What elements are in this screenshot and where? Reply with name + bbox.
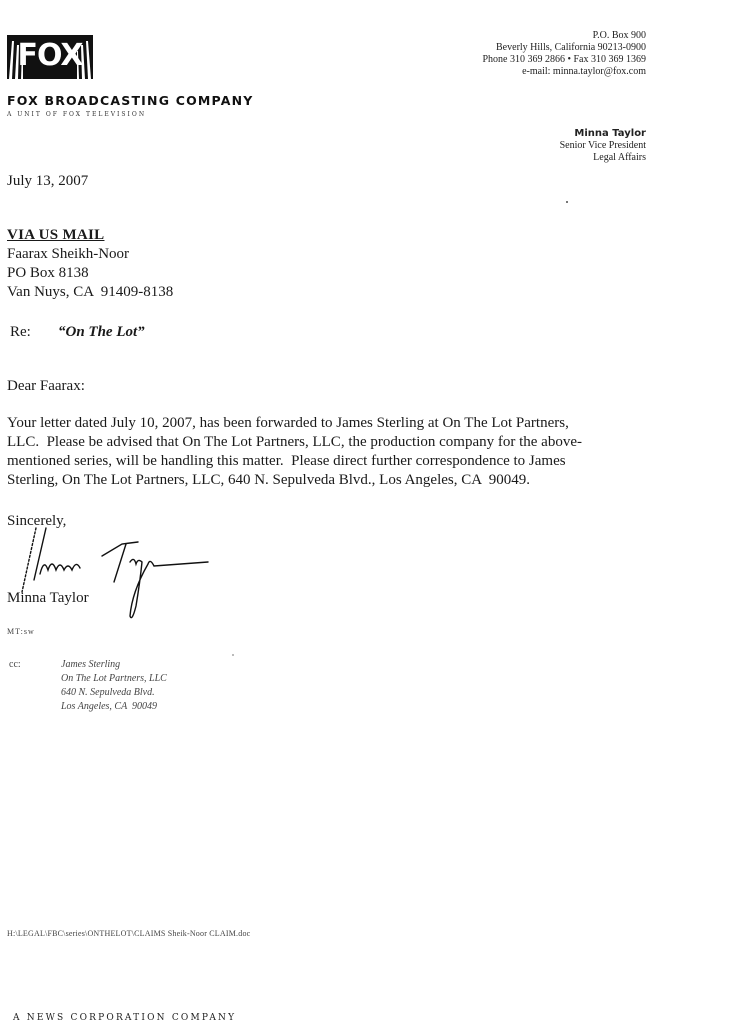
recipient-block: VIA US MAIL Faarax Sheikh-Noor PO Box 81… xyxy=(7,226,173,302)
cc-line: On The Lot Partners, LLC xyxy=(61,672,167,686)
company-name: FOX BROADCASTING COMPANY xyxy=(7,93,254,108)
contact-block: P.O. Box 900 Beverly Hills, California 9… xyxy=(482,30,646,78)
body-line: mentioned series, will be handling this … xyxy=(7,452,647,471)
sender-title: Senior Vice President xyxy=(560,140,646,152)
delivery-method: VIA US MAIL xyxy=(7,226,173,245)
salutation: Dear Faarax: xyxy=(7,377,85,396)
city-line: Beverly Hills, California 90213-0900 xyxy=(482,42,646,54)
sender-block: Minna Taylor Senior Vice President Legal… xyxy=(560,128,646,164)
recipient-name: Faarax Sheikh-Noor xyxy=(7,245,173,264)
letter-date: July 13, 2007 xyxy=(7,172,88,191)
signer-name: Minna Taylor xyxy=(7,589,89,608)
fox-logo: FOX xyxy=(7,35,93,79)
scan-speck xyxy=(566,201,568,203)
body-paragraph: Your letter dated July 10, 2007, has bee… xyxy=(7,414,647,490)
po-box: P.O. Box 900 xyxy=(482,30,646,42)
sender-department: Legal Affairs xyxy=(560,152,646,164)
sender-name: Minna Taylor xyxy=(560,128,646,140)
cc-recipient: James Sterling On The Lot Partners, LLC … xyxy=(61,658,167,714)
cc-line: Los Angeles, CA 90049 xyxy=(61,700,167,714)
body-line: Your letter dated July 10, 2007, has bee… xyxy=(7,414,647,433)
file-path: H:\LEGAL\FBC\series\ONTHELOT\CLAIMS Shei… xyxy=(7,929,250,938)
phone-fax: Phone 310 369 2866 • Fax 310 369 1369 xyxy=(482,54,646,66)
handwritten-signature-icon xyxy=(10,522,220,632)
body-line: LLC. Please be advised that On The Lot P… xyxy=(7,433,647,452)
body-line: Sterling, On The Lot Partners, LLC, 640 … xyxy=(7,471,647,490)
re-line: Re:“On The Lot” xyxy=(10,323,145,342)
company-subtitle: A UNIT OF FOX TELEVISION xyxy=(7,111,146,118)
recipient-address-line1: PO Box 8138 xyxy=(7,264,173,283)
footer-tagline: A NEWS CORPORATION COMPANY xyxy=(13,1013,236,1023)
cc-line: James Sterling xyxy=(61,658,167,672)
re-subject: “On The Lot” xyxy=(58,324,145,340)
recipient-address-line2: Van Nuys, CA 91409-8138 xyxy=(7,283,173,302)
logo-text: FOX xyxy=(7,39,93,73)
email: e-mail: minna.taylor@fox.com xyxy=(482,66,646,78)
typist-initials: MT:sw xyxy=(7,627,35,636)
scan-speck xyxy=(232,654,234,656)
re-label: Re: xyxy=(10,323,58,342)
cc-label: cc: xyxy=(9,658,21,672)
cc-line: 640 N. Sepulveda Blvd. xyxy=(61,686,167,700)
